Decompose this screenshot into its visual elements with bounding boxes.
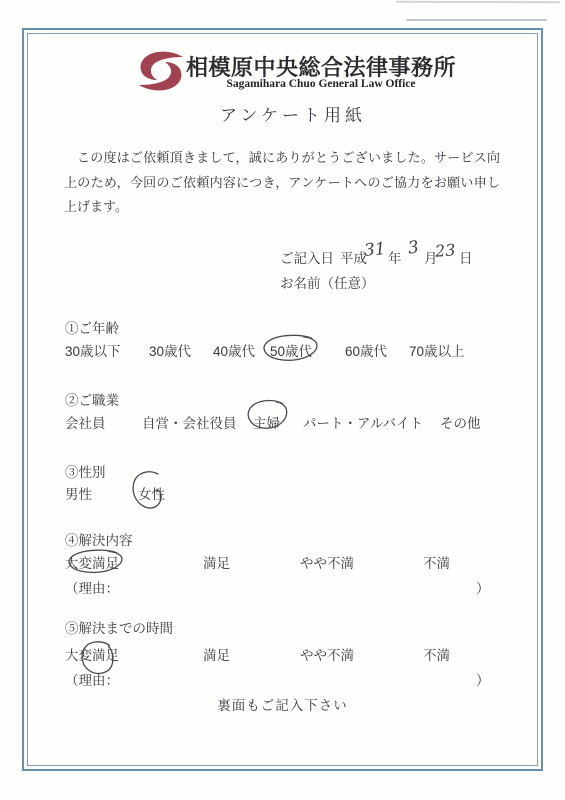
scanned-survey-page: 相模原中央総合法律事務所 Sagamihara Chuo General Law… — [0, 0, 565, 800]
q1-title: ①ご年齢 — [65, 317, 119, 337]
q4-reason-close-paren: ） — [476, 577, 490, 597]
q4-reason-label: （理由： — [65, 577, 119, 597]
option-q5-satisfied: 満足 — [203, 644, 230, 664]
option-job-other: その他 — [440, 412, 481, 432]
handwritten-circle-q4-very-satisfied — [65, 547, 125, 574]
scan-artifact-line — [406, 19, 547, 21]
option-gender-male: 男性 — [65, 483, 92, 503]
q5-reason-close-paren: ） — [476, 669, 490, 689]
option-age-60s: 60歳代 — [345, 340, 387, 360]
form-title: アンケート用紙 — [170, 101, 416, 126]
day-unit: 日 — [459, 247, 473, 267]
option-age-40s: 40歳代 — [213, 340, 255, 360]
office-name-english: Sagamihara Chuo General Law Office — [186, 78, 456, 90]
q5-reason-label: （理由： — [65, 669, 119, 689]
intro-paragraph: この度はご依頼頂きまして，誠にありがとうございました。サービス向上のため，今回の… — [64, 146, 500, 220]
handwritten-circle-female — [131, 470, 169, 510]
option-q5-somewhat-dissatisfied: やや不満 — [300, 644, 354, 664]
handwritten-year: 31 — [363, 239, 386, 261]
q4-title: ④解決内容 — [65, 529, 133, 549]
handwritten-day: 23 — [434, 240, 456, 260]
option-q4-satisfied: 満足 — [203, 552, 230, 572]
q2-title: ②ご職業 — [65, 389, 119, 409]
era-label: 平成 — [340, 247, 367, 267]
option-age-30s: 30歳代 — [149, 340, 191, 360]
scan-artifact-line-top — [396, 1, 560, 4]
footer-note: 裏面もご記入下さい — [0, 694, 565, 714]
option-q4-dissatisfied: 不満 — [423, 552, 450, 572]
option-age-70plus: 70歳以上 — [409, 340, 465, 360]
option-age-under30: 30歳以下 — [65, 340, 121, 360]
option-job-company-employee: 会社員 — [65, 412, 106, 432]
option-job-part-time: パート・アルバイト — [303, 412, 423, 432]
q5-title: ⑤解決までの時間 — [65, 617, 173, 637]
option-q4-somewhat-dissatisfied: やや不満 — [300, 552, 354, 572]
date-label: ご記入日 — [280, 247, 334, 267]
option-job-self-employed-executive: 自営・会社役員 — [142, 412, 237, 432]
handwritten-circle-housewife — [245, 397, 291, 431]
year-unit: 年 — [388, 247, 402, 267]
handwritten-circle-age-50s — [260, 332, 320, 362]
q3-title: ③性別 — [65, 461, 106, 481]
law-office-logo-icon — [137, 50, 185, 92]
name-label: お名前（任意） — [280, 272, 375, 292]
option-q5-dissatisfied: 不満 — [423, 644, 450, 664]
